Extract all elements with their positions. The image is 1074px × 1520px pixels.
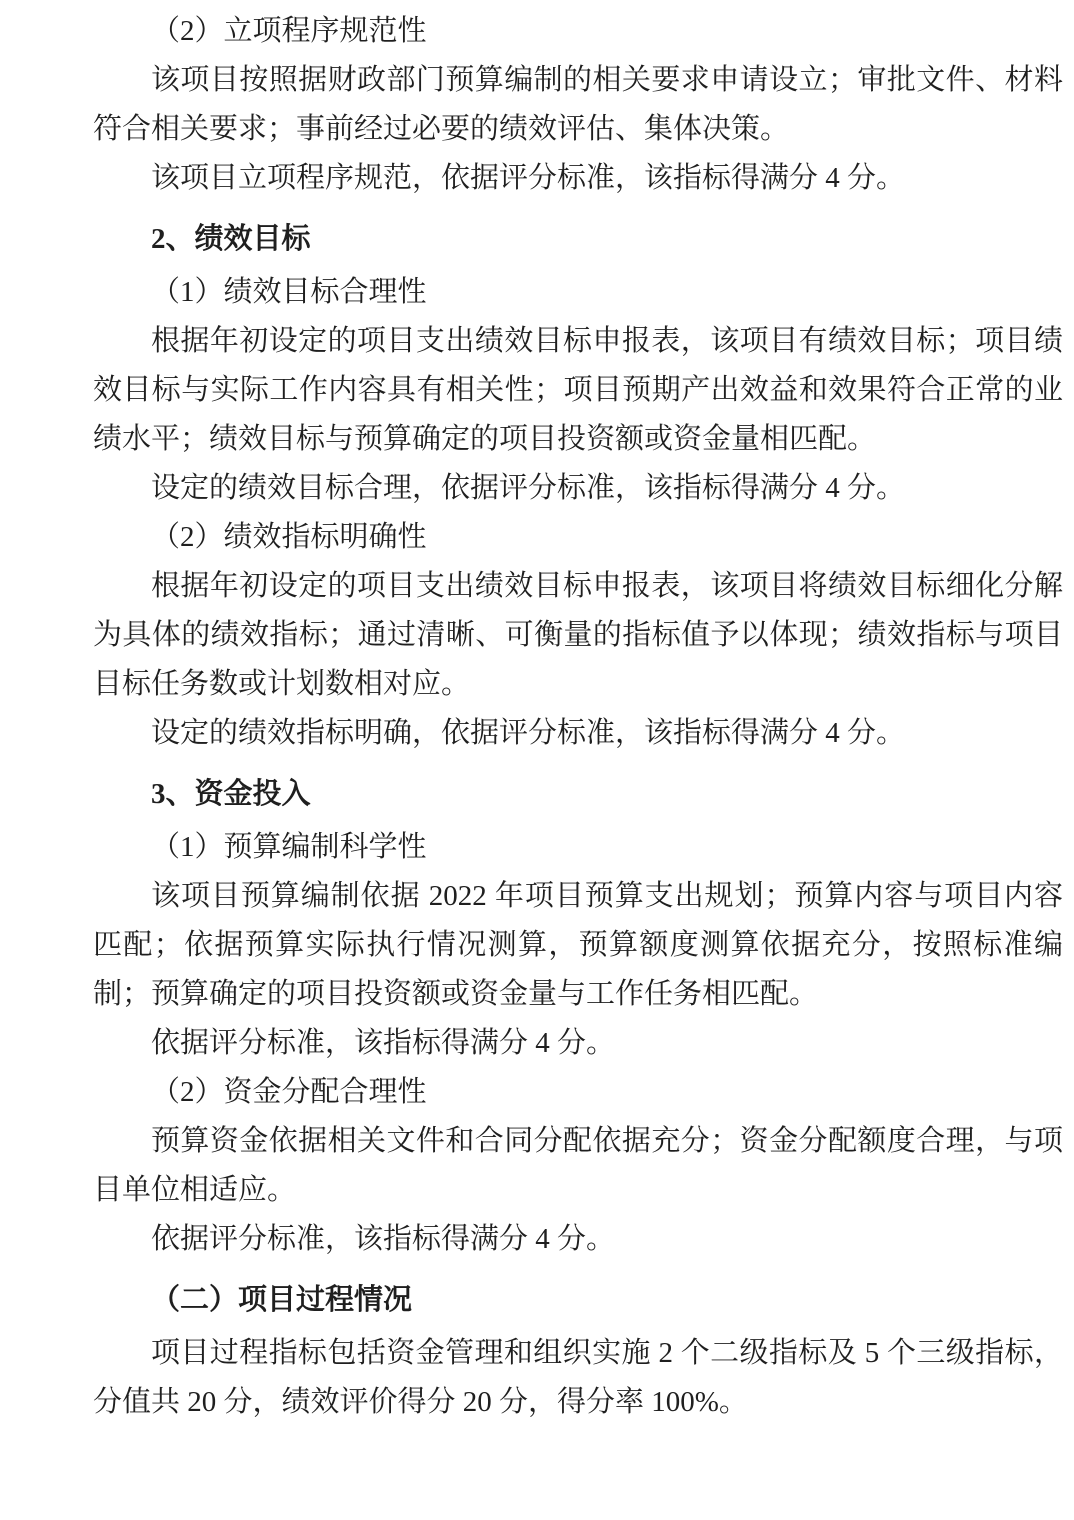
section-heading-project-process: （二）项目过程情况 <box>93 1276 1063 1325</box>
paragraph: 根据年初设定的项目支出绩效目标申报表，该项目将绩效目标细化分解为具体的绩效指标；… <box>93 562 1063 709</box>
paragraph: 设定的绩效目标合理，依据评分标准，该指标得满分 4 分。 <box>93 464 1063 513</box>
paragraph: 依据评分标准，该指标得满分 4 分。 <box>93 1019 1063 1068</box>
subitem-heading-indicator-clarity: （2）绩效指标明确性 <box>93 513 1063 562</box>
subitem-heading-approval-procedure: （2）立项程序规范性 <box>93 7 1063 56</box>
section-heading-fund-input: 3、资金投入 <box>93 770 1063 819</box>
document-page: （2）立项程序规范性 该项目按照据财政部门预算编制的相关要求申请设立；审批文件、… <box>0 0 1074 1520</box>
paragraph: 设定的绩效指标明确，依据评分标准，该指标得满分 4 分。 <box>93 709 1063 758</box>
paragraph: 该项目按照据财政部门预算编制的相关要求申请设立；审批文件、材料符合相关要求；事前… <box>93 56 1063 154</box>
subitem-heading-budget-science: （1）预算编制科学性 <box>93 823 1063 872</box>
paragraph: 预算资金依据相关文件和合同分配依据充分；资金分配额度合理，与项目单位相适应。 <box>93 1117 1063 1215</box>
section-heading-performance-goals: 2、绩效目标 <box>93 215 1063 264</box>
paragraph: 该项目预算编制依据 2022 年项目预算支出规划；预算内容与项目内容匹配；依据预… <box>93 872 1063 1019</box>
paragraph: 该项目立项程序规范，依据评分标准，该指标得满分 4 分。 <box>93 154 1063 203</box>
paragraph: 依据评分标准，该指标得满分 4 分。 <box>93 1215 1063 1264</box>
subitem-heading-goal-rationality: （1）绩效目标合理性 <box>93 268 1063 317</box>
subitem-heading-fund-allocation: （2）资金分配合理性 <box>93 1068 1063 1117</box>
paragraph: 根据年初设定的项目支出绩效目标申报表，该项目有绩效目标；项目绩效目标与实际工作内… <box>93 317 1063 464</box>
paragraph: 项目过程指标包括资金管理和组织实施 2 个二级指标及 5 个三级指标，分值共 2… <box>93 1329 1063 1427</box>
